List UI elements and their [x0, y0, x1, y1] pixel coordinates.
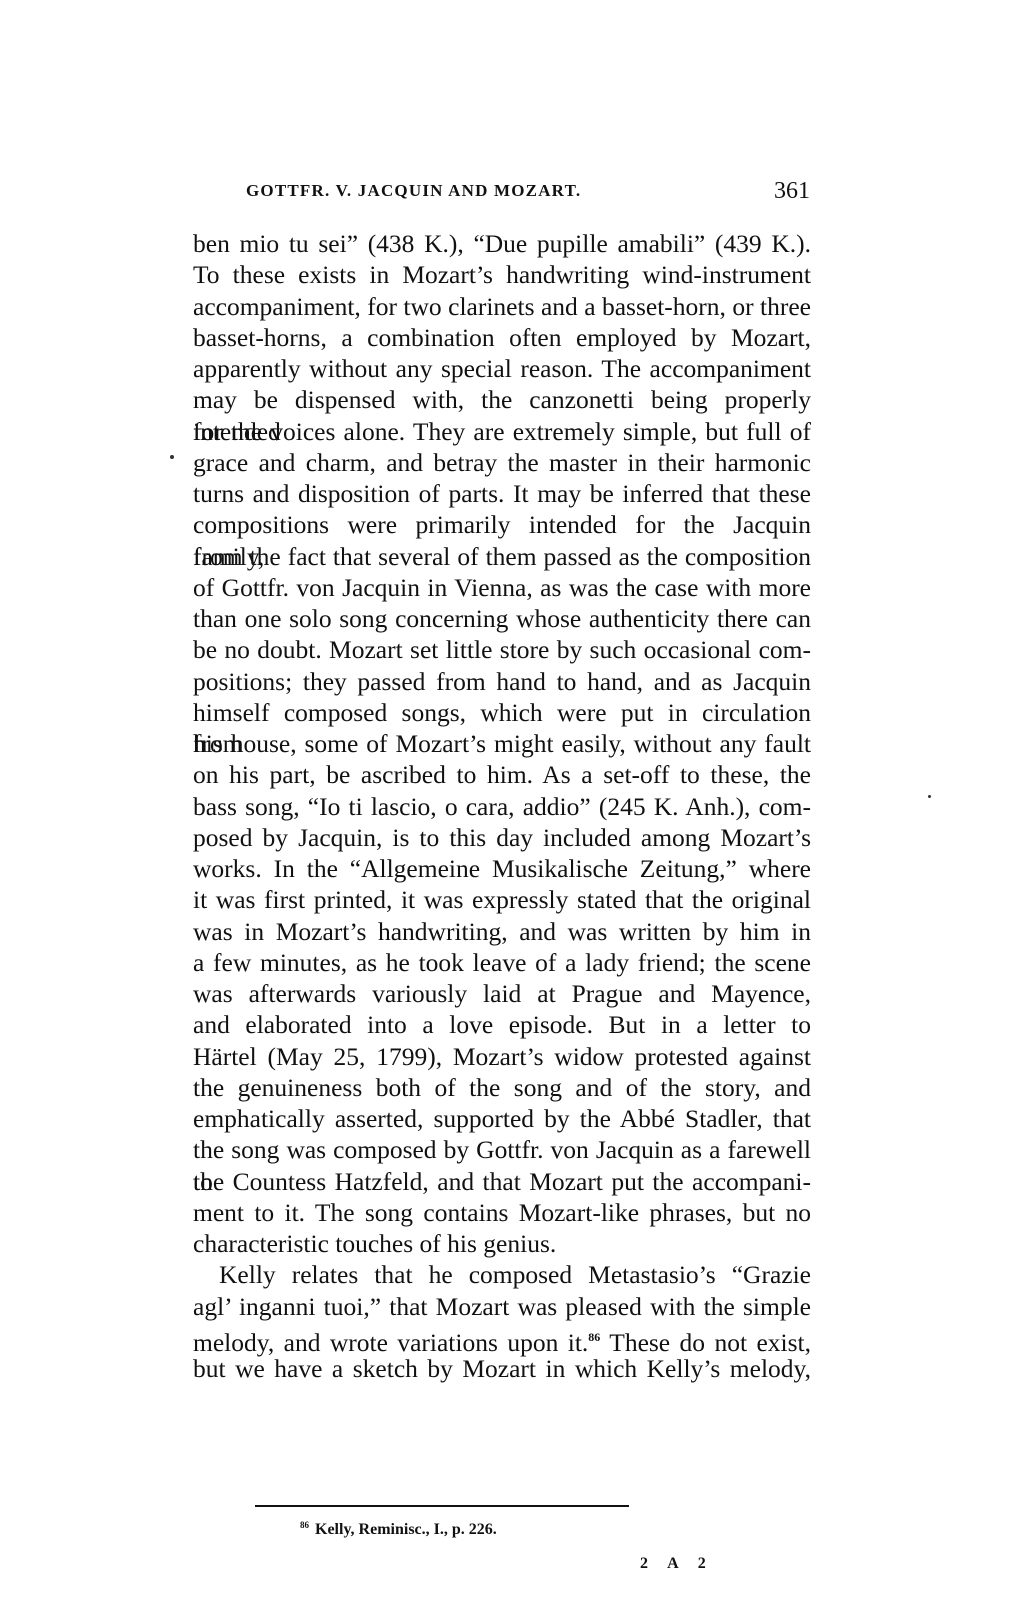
- text-line: turns and disposition of parts. It may b…: [193, 478, 811, 509]
- footnote-text: Kelly, Reminisc., I., p. 226.: [315, 1521, 497, 1538]
- text-line: compositions were primarily intended for…: [193, 509, 811, 540]
- text-line: than one solo song concerning whose auth…: [193, 603, 811, 634]
- text-line: posed by Jacquin, is to this day include…: [193, 822, 811, 853]
- footnote: 86Kelly, Reminisc., I., p. 226.: [300, 1520, 497, 1539]
- footnote-divider: [255, 1505, 629, 1507]
- text-line: agl’ inganni tuoi,” that Mozart was plea…: [193, 1291, 811, 1322]
- paragraph-2: Kelly relates that he composed Metastasi…: [193, 1259, 811, 1384]
- scan-speck: [928, 795, 931, 798]
- text-line: from the fact that several of them passe…: [193, 541, 811, 572]
- page-number: 361: [774, 178, 810, 205]
- text-line: Kelly relates that he composed Metastasi…: [193, 1259, 811, 1290]
- text-line: the Countess Hatzfeld, and that Mozart p…: [193, 1166, 811, 1197]
- scan-speck: [170, 455, 174, 459]
- paragraph-1: ben mio tu sei” (438 K.), “Due pupille a…: [193, 228, 811, 1259]
- text-line: bass song, “Io ti lascio, o cara, addio”…: [193, 791, 811, 822]
- text-line: for the voices alone. They are extremely…: [193, 416, 811, 447]
- printer-signature: 2 A 2: [640, 1555, 714, 1573]
- text-line: To these exists in Mozart’s handwriting …: [193, 259, 811, 290]
- text-line: was in Mozart’s handwriting, and was wri…: [193, 916, 811, 947]
- text-line: positions; they passed from hand to hand…: [193, 666, 811, 697]
- text-line: apparently without any special reason. T…: [193, 353, 811, 384]
- text-line: himself composed songs, which were put i…: [193, 697, 811, 728]
- text-line: grace and charm, and betray the master i…: [193, 447, 811, 478]
- text-line: ment to it. The song contains Mozart-lik…: [193, 1197, 811, 1228]
- running-head: GOTTFR. V. JACQUIN AND MOZART. 361: [246, 181, 810, 211]
- text-line: of Gottfr. von Jacquin in Vienna, as was…: [193, 572, 811, 603]
- book-page: GOTTFR. V. JACQUIN AND MOZART. 361 ben m…: [0, 0, 1034, 1600]
- running-title: GOTTFR. V. JACQUIN AND MOZART.: [246, 181, 581, 201]
- text-line: melody, and wrote variations upon it.86 …: [193, 1322, 811, 1353]
- text-line: the song was composed by Gottfr. von Jac…: [193, 1134, 811, 1165]
- text-line: it was first printed, it was expressly s…: [193, 884, 811, 915]
- footnote-reference[interactable]: 86: [588, 1330, 600, 1344]
- text-line: was afterwards variously laid at Prague …: [193, 978, 811, 1009]
- text-line: may be dispensed with, the canzonetti be…: [193, 384, 811, 415]
- text-line: Härtel (May 25, 1799), Mozart’s widow pr…: [193, 1041, 811, 1072]
- text-line: his house, some of Mozart’s might easily…: [193, 728, 811, 759]
- footnote-marker: 86: [300, 1520, 309, 1530]
- text-line: on his part, be ascribed to him. As a se…: [193, 759, 811, 790]
- text-line: ben mio tu sei” (438 K.), “Due pupille a…: [193, 228, 811, 259]
- text-line: be no doubt. Mozart set little store by …: [193, 634, 811, 665]
- text-line: a few minutes, as he took leave of a lad…: [193, 947, 811, 978]
- body-text: ben mio tu sei” (438 K.), “Due pupille a…: [193, 228, 811, 1384]
- text-line: but we have a sketch by Mozart in which …: [193, 1353, 811, 1384]
- text-line: emphatically asserted, supported by the …: [193, 1103, 811, 1134]
- text-line: the genuineness both of the song and of …: [193, 1072, 811, 1103]
- text-line: accompaniment, for two clarinets and a b…: [193, 291, 811, 322]
- text-line: and elaborated into a love episode. But …: [193, 1009, 811, 1040]
- text-line: basset-horns, a combination often employ…: [193, 322, 811, 353]
- text-line: works. In the “Allgemeine Musikalische Z…: [193, 853, 811, 884]
- text-line: characteristic touches of his genius.: [193, 1228, 811, 1259]
